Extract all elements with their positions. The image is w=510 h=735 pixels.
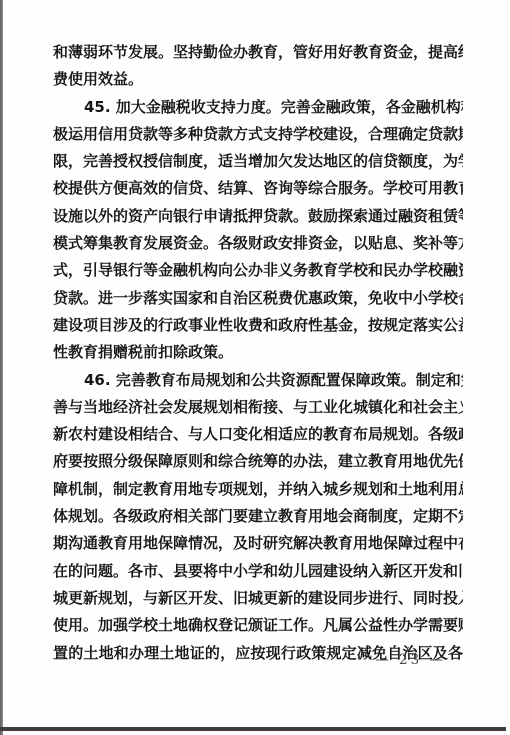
text-line: 校提供方便高效的信贷、结算、咨询等综合服务。学校可用教育 — [53, 175, 463, 202]
text-line: 体规划。各级政府相关部门要建立教育用地会商制度，定期不定 — [53, 503, 463, 530]
text-line: 设施以外的资产向银行申请抵押贷款。鼓励探索通过融资租赁等 — [53, 203, 463, 230]
text-line: 使用。加强学校土地确权登记颁证工作。凡属公益性办学需要购 — [53, 612, 463, 639]
text-line: 期沟通教育用地保障情况，及时研究解决教育用地保障过程中存 — [53, 530, 463, 557]
text-line: 城更新规划，与新区开发、旧城更新的建设同步进行、同时投入 — [53, 585, 463, 612]
text-line-item-46: 46. 完善教育布局规划和公共资源配置保障政策。制定和完 — [53, 367, 463, 394]
text-line: 限，完善授权授信制度，适当增加欠发达地区的信贷额度，为学 — [53, 148, 463, 175]
text-line: 性教育捐赠税前扣除政策。 — [53, 339, 463, 366]
text-line: 贷款。进一步落实国家和自治区税费优惠政策，免收中小学校舍 — [53, 285, 463, 312]
scan-edge-bottom — [0, 727, 506, 731]
text-line: 模式筹集教育发展资金。各级财政安排资金，以贴息、奖补等方 — [53, 230, 463, 257]
text-line: 在的问题。各市、县要将中小学和幼儿园建设纳入新区开发和旧 — [53, 558, 463, 585]
text-line: 障机制，制定教育用地专项规划，并纳入城乡规划和土地利用总 — [53, 476, 463, 503]
text-line: 建设项目涉及的行政事业性收费和政府性基金，按规定落实公益 — [53, 312, 463, 339]
page-number: — 23 — — [375, 652, 446, 668]
text-line: 新农村建设相结合、与人口变化相适应的教育布局规划。各级政 — [53, 421, 463, 448]
text-line-item-45: 45. 加大金融税收支持力度。完善金融政策，各金融机构积 — [53, 94, 463, 121]
text-line: 府要按照分级保障原则和综合统筹的办法，建立教育用地优先保 — [53, 448, 463, 475]
text-line: 极运用信用贷款等多种贷款方式支持学校建设，合理确定贷款期 — [53, 121, 463, 148]
text-line: 式，引导银行等金融机构向公办非义务教育学校和民办学校融资 — [53, 257, 463, 284]
text-line: 费使用效益。 — [53, 66, 463, 93]
scan-edge-left — [0, 0, 3, 735]
document-page: 和薄弱环节发展。坚持勤俭办教育，管好用好教育资金，提高经 费使用效益。 45. … — [0, 0, 510, 735]
text-line: 善与当地经济社会发展规划相衔接、与工业化城镇化和社会主义 — [53, 394, 463, 421]
text-line: 和薄弱环节发展。坚持勤俭办教育，管好用好教育资金，提高经 — [53, 39, 463, 66]
document-text: 和薄弱环节发展。坚持勤俭办教育，管好用好教育资金，提高经 费使用效益。 45. … — [53, 39, 463, 667]
